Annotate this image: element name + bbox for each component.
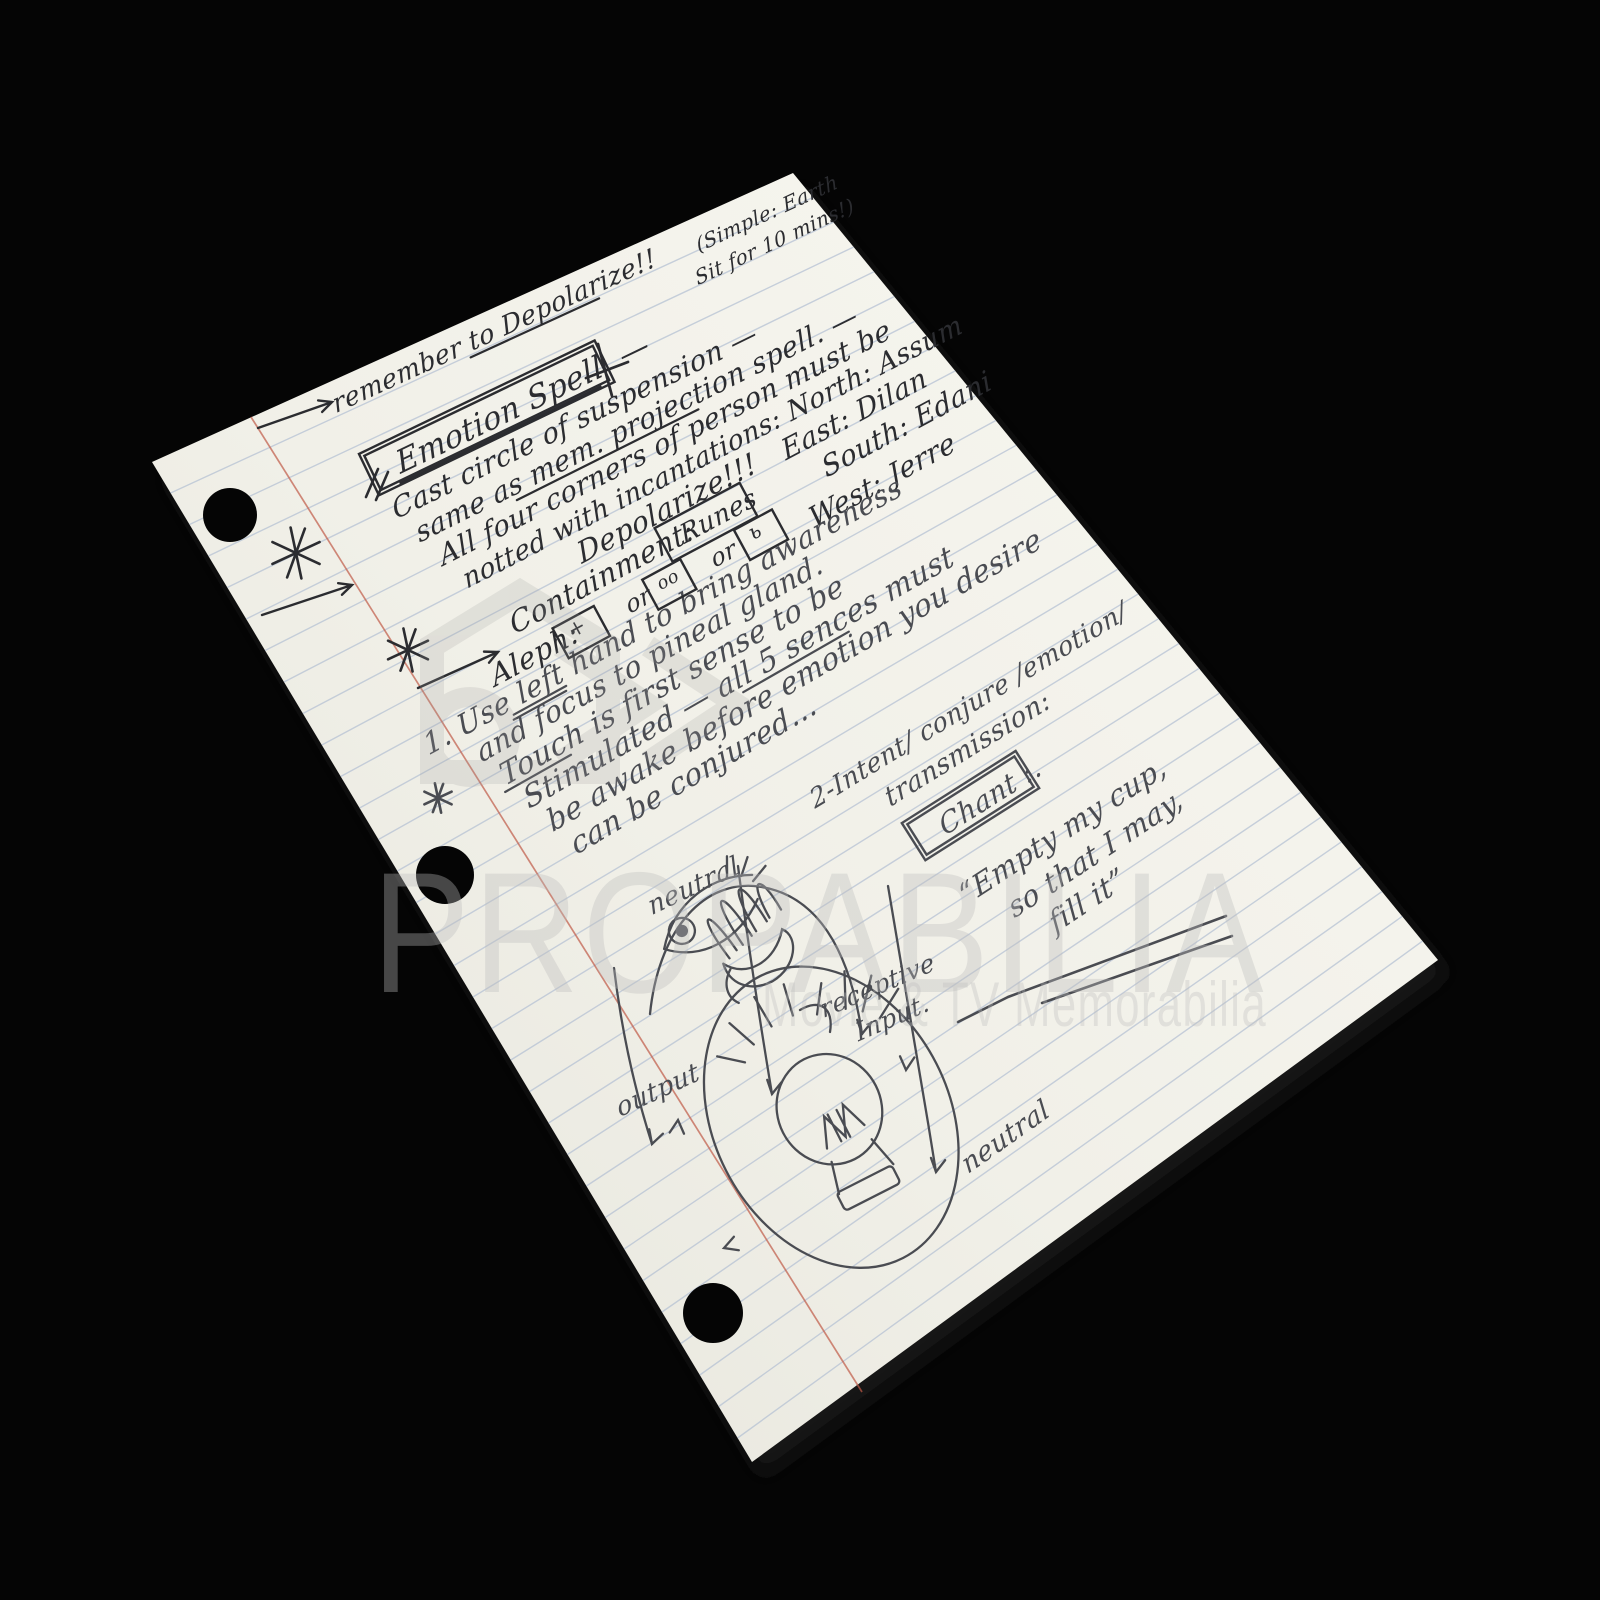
punch-hole-top [203, 488, 257, 542]
punch-hole-bottom [683, 1283, 743, 1343]
watermark-tagline: Movie & TV Memorabilia [762, 970, 1267, 1040]
memorabilia-photo: remember to Depolarize!! (Simple: Earth … [0, 0, 1600, 1600]
photo-stage: remember to Depolarize!! (Simple: Earth … [0, 0, 1600, 1600]
